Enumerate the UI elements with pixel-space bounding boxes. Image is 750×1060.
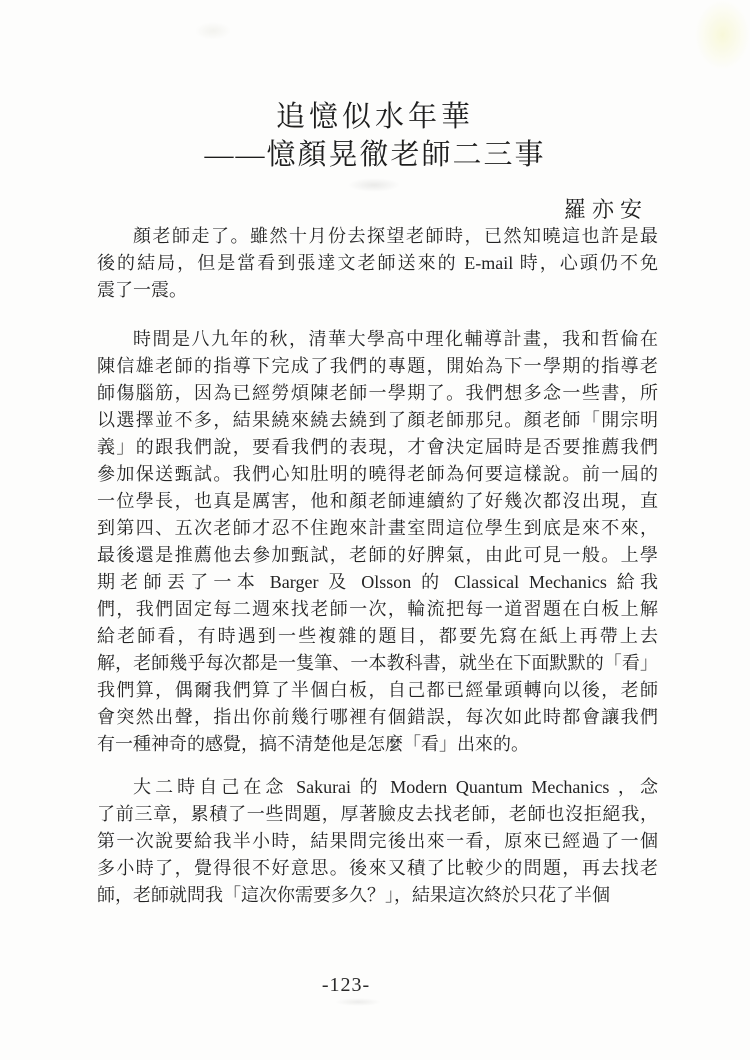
text-line: 一位學長，也真是厲害，他和顏老師連續約了好幾次都沒出現，直 <box>97 488 658 515</box>
text-line: 時間是八九年的秋，清華大學高中理化輔導計畫，我和哲倫在 <box>97 326 658 353</box>
text-line: 們，我們固定每二週來找老師一次，輪流把每一道習題在白板上解 <box>97 596 658 623</box>
text-line: 期老師丟了一本 Barger 及 Olsson 的 Classical Mech… <box>97 569 658 596</box>
text-line: 解，老師幾乎每次都是一隻筆、一本教科書，就坐在下面默默的「看」 <box>97 650 658 677</box>
text-line: 義」的跟我們說，要看我們的表現，才會決定屆時是否要推薦我們 <box>97 434 658 461</box>
text-line: 顏老師走了。雖然十月份去探望老師時，已然知曉這也許是最 <box>97 223 658 250</box>
text-line: 以選擇並不多，結果繞來繞去繞到了顏老師那兒。顏老師「開宗明 <box>97 407 658 434</box>
scanned-document-page: 追憶似水年華 ——憶顏晃徹老師二三事 羅亦安 顏老師走了。雖然十月份去探望老師時… <box>0 0 750 1060</box>
text-line: 陳信雄老師的指導下完成了我們的專題，開始為下一學期的指導老 <box>97 353 658 380</box>
page-number: -123- <box>0 974 692 997</box>
scan-smudge-artifact <box>335 998 381 1006</box>
document-title: 追憶似水年華 <box>0 94 750 135</box>
scan-spot-artifact <box>195 22 231 40</box>
paragraph: 顏老師走了。雖然十月份去探望老師時，已然知曉這也許是最後的結局，但是當看到張達文… <box>97 223 658 304</box>
text-line: 大二時自己在念 Sakurai 的 Modern Quantum Mechani… <box>97 774 658 801</box>
text-line: 後的結局，但是當看到張達文老師送來的 E-mail 時，心頭仍不免 <box>97 250 658 277</box>
paragraph: 時間是八九年的秋，清華大學高中理化輔導計畫，我和哲倫在陳信雄老師的指導下完成了我… <box>97 326 658 758</box>
text-line: 參加保送甄試。我們心知肚明的曉得老師為何要這樣說。前一屆的 <box>97 461 658 488</box>
text-line: 會突然出聲，指出你前幾行哪裡有個錯誤，每次如此時都會讓我們 <box>97 704 658 731</box>
text-line: 第一次說要給我半小時，結果問完後出來一看，原來已經過了一個 <box>97 828 658 855</box>
text-line: 我們算，偶爾我們算了半個白板，自己都已經暈頭轉向以後，老師 <box>97 677 658 704</box>
text-line: 多小時了，覺得很不好意思。後來又積了比較少的問題，再去找老 <box>97 855 658 882</box>
text-line: 最後還是推薦他去參加甄試，老師的好脾氣，由此可見一般。上學 <box>97 542 658 569</box>
text-line: 師，老師就問我「這次你需要多久？」，結果這次終於只花了半個 <box>97 882 658 909</box>
paragraph: 大二時自己在念 Sakurai 的 Modern Quantum Mechani… <box>97 774 658 909</box>
scan-smudge-artifact <box>348 178 400 192</box>
body-text: 顏老師走了。雖然十月份去探望老師時，已然知曉這也許是最後的結局，但是當看到張達文… <box>97 223 658 909</box>
text-line: 師傷腦筋，因為已經勞煩陳老師一學期了。我們想多念一些書，所 <box>97 380 658 407</box>
text-line: 有一種神奇的感覺，搞不清楚他是怎麼「看」出來的。 <box>97 731 658 758</box>
text-line: 給老師看，有時遇到一些複雜的題目，都要先寫在紙上再帶上去 <box>97 623 658 650</box>
text-line: 到第四、五次老師才忍不住跑來計畫室問這位學生到底是來不來， <box>97 515 658 542</box>
document-subtitle: ——憶顏晃徹老師二三事 <box>0 132 750 173</box>
author-name: 羅亦安 <box>97 193 658 224</box>
text-line: 了前三章，累積了一些問題，厚著臉皮去找老師，老師也沒拒絕我， <box>97 801 658 828</box>
text-line: 震了一震。 <box>97 277 658 304</box>
